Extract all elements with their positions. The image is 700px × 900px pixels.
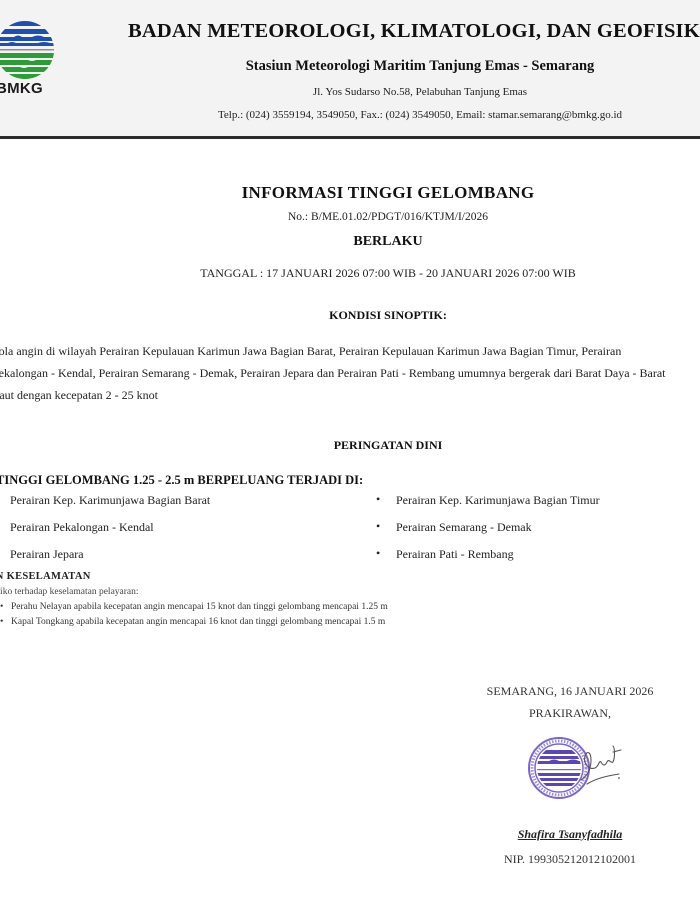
safety-advice-item: • Kapal Tongkang apabila kecepatan angin…	[11, 617, 385, 627]
signature-role: PRAKIRAWAN,	[440, 706, 700, 721]
bullet-icon: •	[0, 602, 3, 612]
area-list-item: • Perairan Kep. Karimunjawa Bagian Barat	[10, 493, 210, 508]
sinoptik-line: Pola angin di wilayah Perairan Kepulauan…	[0, 340, 700, 362]
sinoptik-heading: KONDISI SINOPTIK:	[0, 308, 700, 323]
bullet-icon: •	[376, 492, 380, 507]
area-list-item: • Perairan Semarang - Demak	[396, 520, 532, 535]
area-list-item: • Perairan Pati - Rembang	[396, 547, 514, 562]
bullet-icon: •	[0, 617, 3, 627]
wave-height-heading: TINGGI GELOMBANG 1.25 - 2.5 m BERPELUANG…	[0, 473, 363, 488]
station-contact: Telp.: (024) 3559194, 3549050, Fax.: (02…	[0, 109, 700, 121]
area-list-item: • Perairan Kep. Karimunjawa Bagian Timur	[396, 493, 600, 508]
station-name: Stasiun Meteorologi Maritim Tanjung Emas…	[0, 58, 700, 75]
bullet-icon: •	[376, 546, 380, 561]
bullet-icon: •	[376, 519, 380, 534]
area-list-item: • Perairan Jepara	[10, 547, 84, 562]
early-warning-heading: PERINGATAN DINI	[0, 438, 700, 453]
safety-advice-item: • Perahu Nelayan apabila kecepatan angin…	[11, 602, 388, 612]
organization-name: BADAN METEOROLOGI, KLIMATOLOGI, DAN GEOF…	[128, 20, 700, 43]
validity-heading: BERLAKU	[0, 234, 700, 250]
sinoptik-paragraph: Pola angin di wilayah Perairan Kepulauan…	[0, 340, 700, 406]
safety-advice-intro: Berisiko terhadap keselamatan pelayaran:	[0, 587, 139, 597]
station-address: Jl. Yos Sudarso No.58, Pelabuhan Tanjung…	[0, 86, 700, 98]
document-number: No.: B/ME.01.02/PDGT/016/KTJM/I/2026	[0, 211, 700, 223]
sinoptik-line: Pekalongan - Kendal, Perairan Semarang -…	[0, 362, 700, 384]
letterhead: BMKG BADAN METEOROLOGI, KLIMATOLOGI, DAN…	[0, 0, 700, 139]
signature-place-date: SEMARANG, 16 JANUARI 2026	[440, 684, 700, 699]
signature-mark-icon	[577, 740, 625, 788]
validity-period: TANGGAL : 17 JANUARI 2026 07:00 WIB - 20…	[0, 266, 700, 281]
signatory-name: Shafira Tsanyfadhila	[440, 827, 700, 842]
sinoptik-line: Laut dengan kecepatan 2 - 25 knot	[0, 384, 700, 406]
area-list-item: • Perairan Pekalongan - Kendal	[10, 520, 154, 535]
signatory-nip: NIP. 199305212012102001	[440, 852, 700, 867]
safety-advice-heading: SARAN KESELAMATAN	[0, 571, 91, 582]
document-title: INFORMASI TINGGI GELOMBANG	[0, 183, 700, 203]
